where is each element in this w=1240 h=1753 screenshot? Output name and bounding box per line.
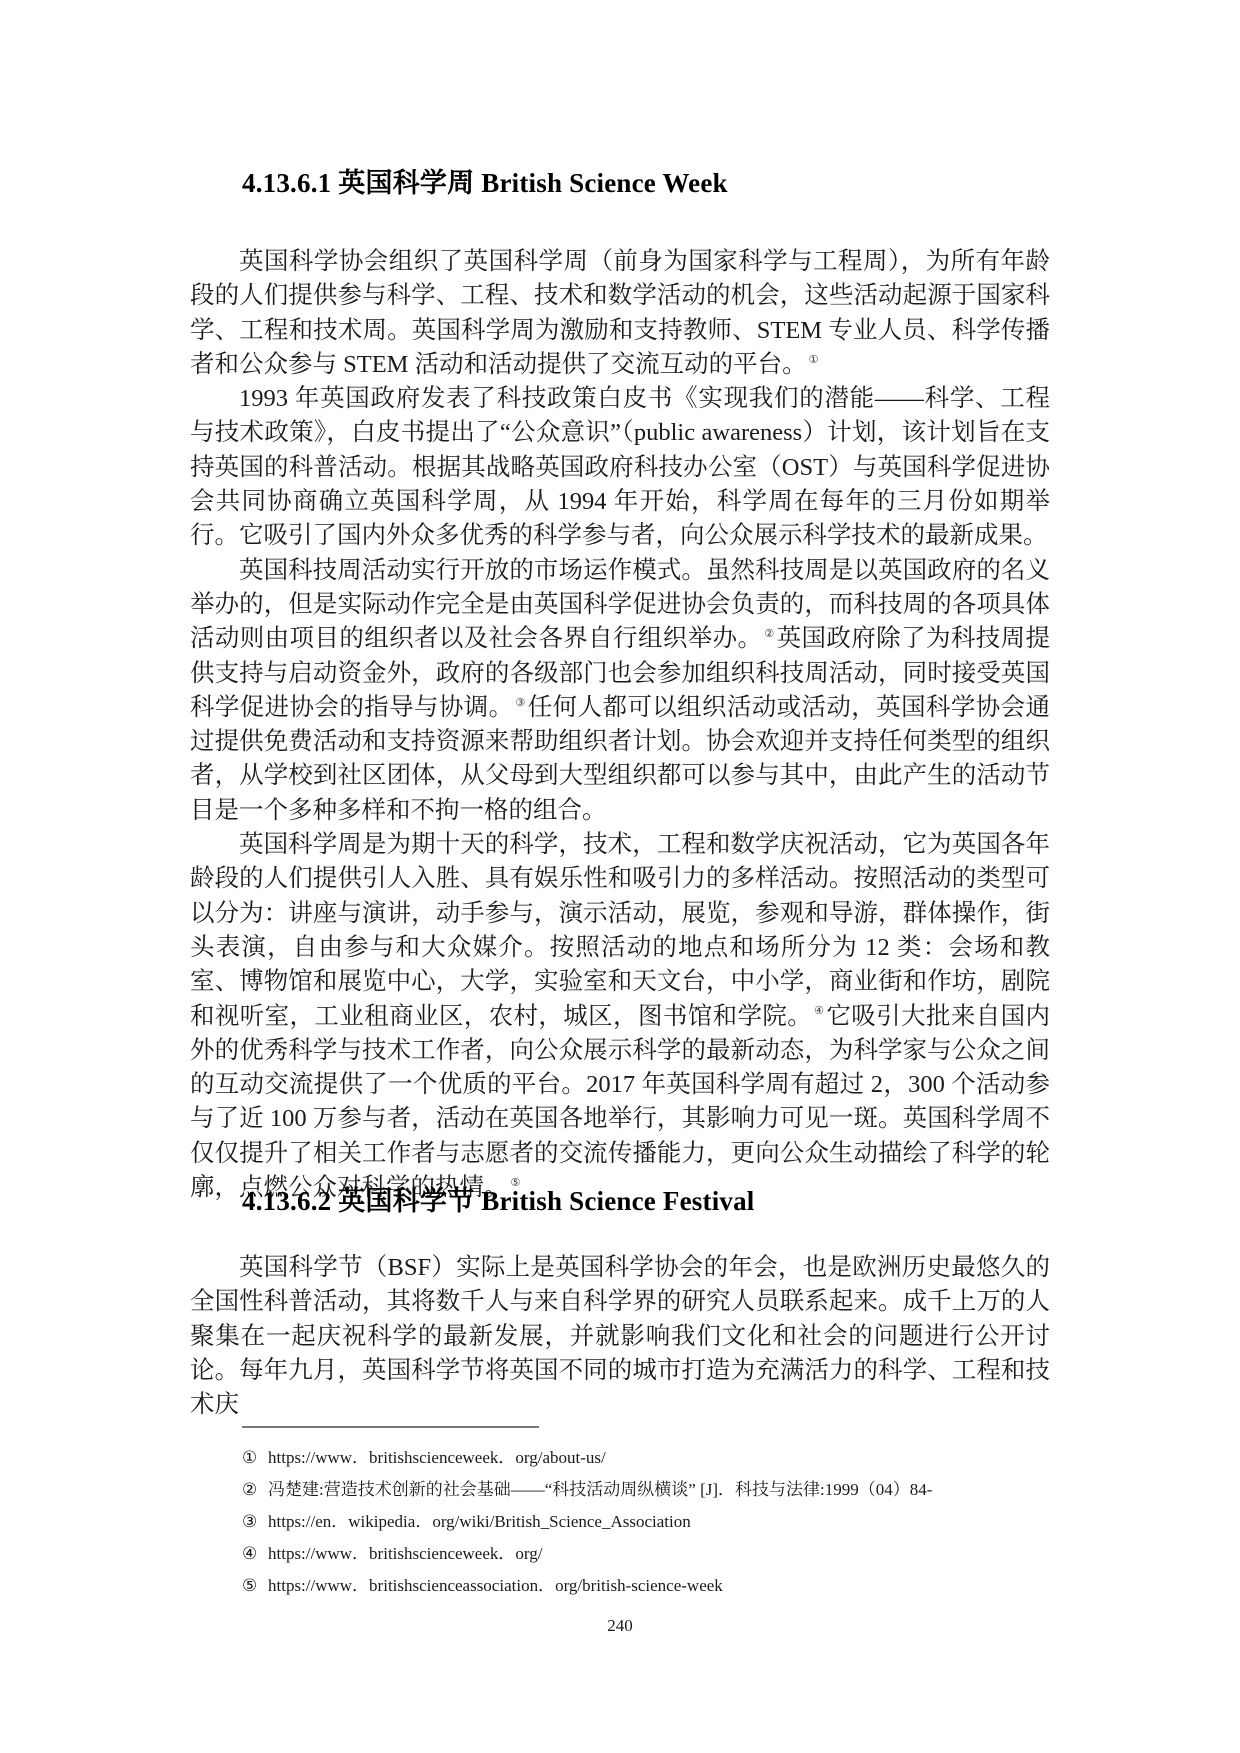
footnote-number: ① — [242, 1442, 260, 1474]
paragraph-text: 英国科学周是为期十天的科学，技术，工程和数学庆祝活动，它为英国各年龄段的人们提供… — [190, 831, 1050, 1029]
paragraph: 英国科学节（BSF）实际上是英国科学协会的年会，也是欧洲历史最悠久的全国性科普活… — [190, 1251, 1050, 1422]
footnote-ref[interactable]: ② — [762, 628, 776, 640]
section-body-british-science-week: 英国科学协会组织了英国科学周（前身为国家科学与工程周），为所有年龄段的人们提供参… — [190, 245, 1050, 1205]
footnote-ref[interactable]: ④ — [812, 1005, 826, 1017]
section-heading-british-science-festival: 4.13.6.2 英国科学节 British Science Festival — [242, 1184, 755, 1218]
footnote-link[interactable]: https://www．britishscienceweek．org/about… — [268, 1442, 606, 1474]
footnote-ref[interactable]: ① — [807, 354, 821, 366]
footnote-item: ① https://www．britishscienceweek．org/abo… — [242, 1442, 1062, 1474]
paragraph: 英国科技周活动实行开放的市场运作模式。虽然科技周是以英国政府的名义举办的，但是实… — [190, 554, 1050, 828]
footnote-divider — [242, 1426, 539, 1428]
paragraph: 英国科学协会组织了英国科学周（前身为国家科学与工程周），为所有年龄段的人们提供参… — [190, 245, 1050, 382]
footnote-item: ⑤ https://www．britishscienceassociation．… — [242, 1570, 1062, 1602]
paragraph-text: 英国科学协会组织了英国科学周（前身为国家科学与工程周），为所有年龄段的人们提供参… — [190, 248, 1050, 378]
footnote-item: ③ https://en．wikipedia．org/wiki/British_… — [242, 1506, 1062, 1538]
footnotes: ① https://www．britishscienceweek．org/abo… — [242, 1442, 1062, 1602]
footnote-number: ④ — [242, 1538, 260, 1570]
footnote-link[interactable]: https://www．britishscienceassociation．or… — [268, 1570, 723, 1602]
footnote-link[interactable]: https://en．wikipedia．org/wiki/British_Sc… — [268, 1506, 691, 1538]
footnote-ref[interactable]: ③ — [514, 697, 528, 709]
footnote-citation: 冯楚建:营造技术创新的社会基础——“科技活动周纵横谈” [J]．科技与法律:19… — [268, 1474, 932, 1506]
paragraph-text: 1993 年英国政府发表了科技政策白皮书《实现我们的潜能——科学、工程与技术政策… — [190, 385, 1050, 549]
footnote-item: ② 冯楚建:营造技术创新的社会基础——“科技活动周纵横谈” [J]．科技与法律:… — [242, 1474, 1062, 1506]
footnote-number: ② — [242, 1474, 260, 1506]
document-page: 4.13.6.1 英国科学周 British Science Week 英国科学… — [0, 0, 1240, 1753]
paragraph-text: 英国科学节（BSF）实际上是英国科学协会的年会，也是欧洲历史最悠久的全国性科普活… — [190, 1254, 1050, 1418]
paragraph-text: 它吸引大批来自国内外的优秀科学与技术工作者，向公众展示科学的最新动态，为科学家与… — [190, 1003, 1050, 1201]
paragraph: 1993 年英国政府发表了科技政策白皮书《实现我们的潜能——科学、工程与技术政策… — [190, 382, 1050, 553]
footnote-item: ④ https://www．britishscienceweek．org/ — [242, 1538, 1062, 1570]
page-number: 240 — [0, 1616, 1240, 1636]
paragraph: 英国科学周是为期十天的科学，技术，工程和数学庆祝活动，它为英国各年龄段的人们提供… — [190, 828, 1050, 1205]
footnote-number: ③ — [242, 1506, 260, 1538]
footnote-number: ⑤ — [242, 1570, 260, 1602]
section-body-british-science-festival: 英国科学节（BSF）实际上是英国科学协会的年会，也是欧洲历史最悠久的全国性科普活… — [190, 1251, 1050, 1422]
section-heading-british-science-week: 4.13.6.1 英国科学周 British Science Week — [242, 166, 728, 200]
footnote-link[interactable]: https://www．britishscienceweek．org/ — [268, 1538, 542, 1570]
